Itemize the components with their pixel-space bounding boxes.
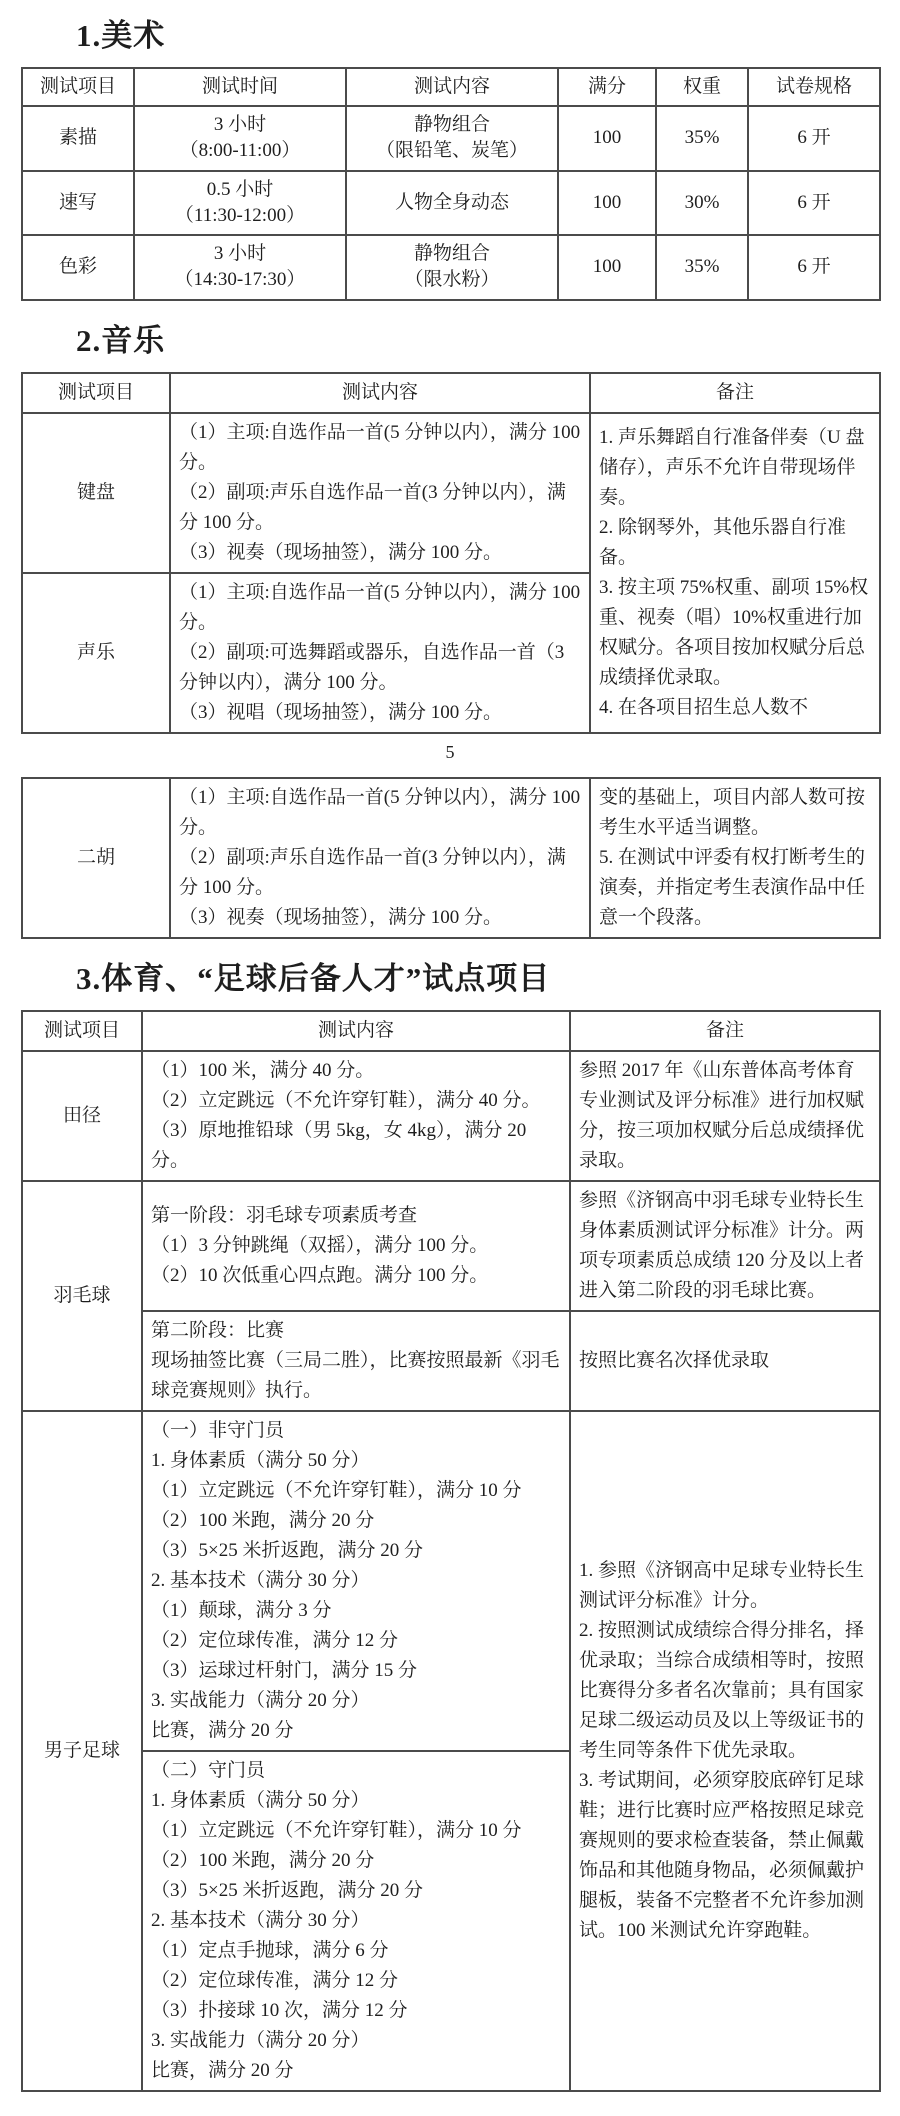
- music-table: 测试项目 测试内容 备注 键盘 （1）主项:自选作品一首(5 分钟以内），满分 …: [21, 372, 881, 734]
- music-content-value: （1）主项:自选作品一首(5 分钟以内），满分 100 分。 （2）副项:声乐自…: [170, 778, 590, 938]
- sports-header-remark: 备注: [570, 1011, 880, 1051]
- art-table: 测试项目 测试时间 测试内容 满分 权重 试卷规格 素描 3 小时 （8:00-…: [21, 67, 881, 301]
- art-time-value: 3 小时 （14:30-17:30）: [134, 235, 346, 299]
- music-row-erhu: 二胡 （1）主项:自选作品一首(5 分钟以内），满分 100 分。 （2）副项:…: [22, 778, 880, 938]
- section-title-sports: 3.体育、“足球后备人才”试点项目: [76, 953, 879, 998]
- music-header-remark: 备注: [590, 373, 880, 413]
- music-header-content: 测试内容: [170, 373, 590, 413]
- sports-item-label: 田径: [22, 1051, 142, 1181]
- music-content-value: （1）主项:自选作品一首(5 分钟以内），满分 100 分。 （2）副项:声乐自…: [170, 413, 590, 573]
- sports-content-value: 第二阶段：比赛 现场抽签比赛（三局二胜），比赛按照最新《羽毛球竞赛规则》执行。: [142, 1311, 570, 1411]
- sports-remark-value: 按照比赛名次择优录取: [570, 1311, 880, 1411]
- document-page: 1.美术 测试项目 测试时间 测试内容 满分 权重 试卷规格 素描 3 小时 （…: [0, 0, 900, 2116]
- art-weight-value: 35%: [656, 235, 748, 299]
- sports-content-value: 第一阶段：羽毛球专项素质考查 （1）3 分钟跳绳（双摇），满分 100 分。 （…: [142, 1181, 570, 1311]
- sports-remark-value: 参照《济钢高中羽毛球专业特长生身体素质测试评分标准》计分。两项专项素质总成绩 1…: [570, 1181, 880, 1311]
- music-item-label: 声乐: [22, 573, 170, 733]
- sports-content-value: （1）100 米，满分 40 分。 （2）立定跳远（不允许穿钉鞋），满分 40 …: [142, 1051, 570, 1181]
- art-spec-value: 6 开: [748, 106, 880, 170]
- sports-content-value: （二）守门员 1. 身体素质（满分 50 分） （1）立定跳远（不允许穿钉鞋），…: [142, 1751, 570, 2091]
- page-number: 5: [21, 742, 879, 763]
- art-fullscore-value: 100: [558, 106, 656, 170]
- sports-item-label: 羽毛球: [22, 1181, 142, 1411]
- art-header-item: 测试项目: [22, 68, 134, 106]
- music-item-label: 二胡: [22, 778, 170, 938]
- section-title-music: 2.音乐: [76, 315, 879, 360]
- music-header-item: 测试项目: [22, 373, 170, 413]
- art-content-value: 人物全身动态: [346, 171, 558, 235]
- art-item-label: 色彩: [22, 235, 134, 299]
- art-spec-value: 6 开: [748, 235, 880, 299]
- music-remark-value: 1. 声乐舞蹈自行准备伴奏（U 盘储存），声乐不允许自带现场伴奏。 2. 除钢琴…: [590, 413, 880, 733]
- art-row-color: 色彩 3 小时 （14:30-17:30） 静物组合 （限水粉） 100 35%…: [22, 235, 880, 299]
- art-spec-value: 6 开: [748, 171, 880, 235]
- sports-row-track: 田径 （1）100 米，满分 40 分。 （2）立定跳远（不允许穿钉鞋），满分 …: [22, 1051, 880, 1181]
- sports-row-football-outfield: 男子足球 （一）非守门员 1. 身体素质（满分 50 分） （1）立定跳远（不允…: [22, 1411, 880, 1751]
- music-table-continued: 二胡 （1）主项:自选作品一首(5 分钟以内），满分 100 分。 （2）副项:…: [21, 777, 881, 939]
- sports-header-item: 测试项目: [22, 1011, 142, 1051]
- art-time-value: 0.5 小时 （11:30-12:00）: [134, 171, 346, 235]
- music-content-value: （1）主项:自选作品一首(5 分钟以内），满分 100 分。 （2）副项:可选舞…: [170, 573, 590, 733]
- art-time-value: 3 小时 （8:00-11:00）: [134, 106, 346, 170]
- music-remark-value: 变的基础上，项目内部人数可按考生水平适当调整。 5. 在测试中评委有权打断考生的…: [590, 778, 880, 938]
- sports-row-badminton-stage1: 羽毛球 第一阶段：羽毛球专项素质考查 （1）3 分钟跳绳（双摇），满分 100 …: [22, 1181, 880, 1311]
- music-item-label: 键盘: [22, 413, 170, 573]
- sports-remark-value: 1. 参照《济钢高中足球专业特长生测试评分标准》计分。 2. 按照测试成绩综合得…: [570, 1411, 880, 2091]
- sports-row-badminton-stage2: 第二阶段：比赛 现场抽签比赛（三局二胜），比赛按照最新《羽毛球竞赛规则》执行。 …: [22, 1311, 880, 1411]
- sports-table: 测试项目 测试内容 备注 田径 （1）100 米，满分 40 分。 （2）立定跳…: [21, 1010, 881, 2093]
- music-header-row: 测试项目 测试内容 备注: [22, 373, 880, 413]
- art-header-spec: 试卷规格: [748, 68, 880, 106]
- art-fullscore-value: 100: [558, 235, 656, 299]
- sports-item-label: 男子足球: [22, 1411, 142, 2091]
- art-header-content: 测试内容: [346, 68, 558, 106]
- sports-remark-value: 参照 2017 年《山东普体高考体育专业测试及评分标准》进行加权赋分，按三项加权…: [570, 1051, 880, 1181]
- art-item-label: 速写: [22, 171, 134, 235]
- art-header-time: 测试时间: [134, 68, 346, 106]
- section-title-art: 1.美术: [76, 10, 879, 55]
- art-header-weight: 权重: [656, 68, 748, 106]
- art-weight-value: 30%: [656, 171, 748, 235]
- sports-header-row: 测试项目 测试内容 备注: [22, 1011, 880, 1051]
- art-row-quicksketch: 速写 0.5 小时 （11:30-12:00） 人物全身动态 100 30% 6…: [22, 171, 880, 235]
- art-weight-value: 35%: [656, 106, 748, 170]
- art-fullscore-value: 100: [558, 171, 656, 235]
- art-content-value: 静物组合 （限铅笔、炭笔）: [346, 106, 558, 170]
- art-row-sketch: 素描 3 小时 （8:00-11:00） 静物组合 （限铅笔、炭笔） 100 3…: [22, 106, 880, 170]
- art-item-label: 素描: [22, 106, 134, 170]
- music-row-keyboard: 键盘 （1）主项:自选作品一首(5 分钟以内），满分 100 分。 （2）副项:…: [22, 413, 880, 573]
- art-header-row: 测试项目 测试时间 测试内容 满分 权重 试卷规格: [22, 68, 880, 106]
- sports-content-value: （一）非守门员 1. 身体素质（满分 50 分） （1）立定跳远（不允许穿钉鞋）…: [142, 1411, 570, 1751]
- art-header-fullscore: 满分: [558, 68, 656, 106]
- art-content-value: 静物组合 （限水粉）: [346, 235, 558, 299]
- sports-header-content: 测试内容: [142, 1011, 570, 1051]
